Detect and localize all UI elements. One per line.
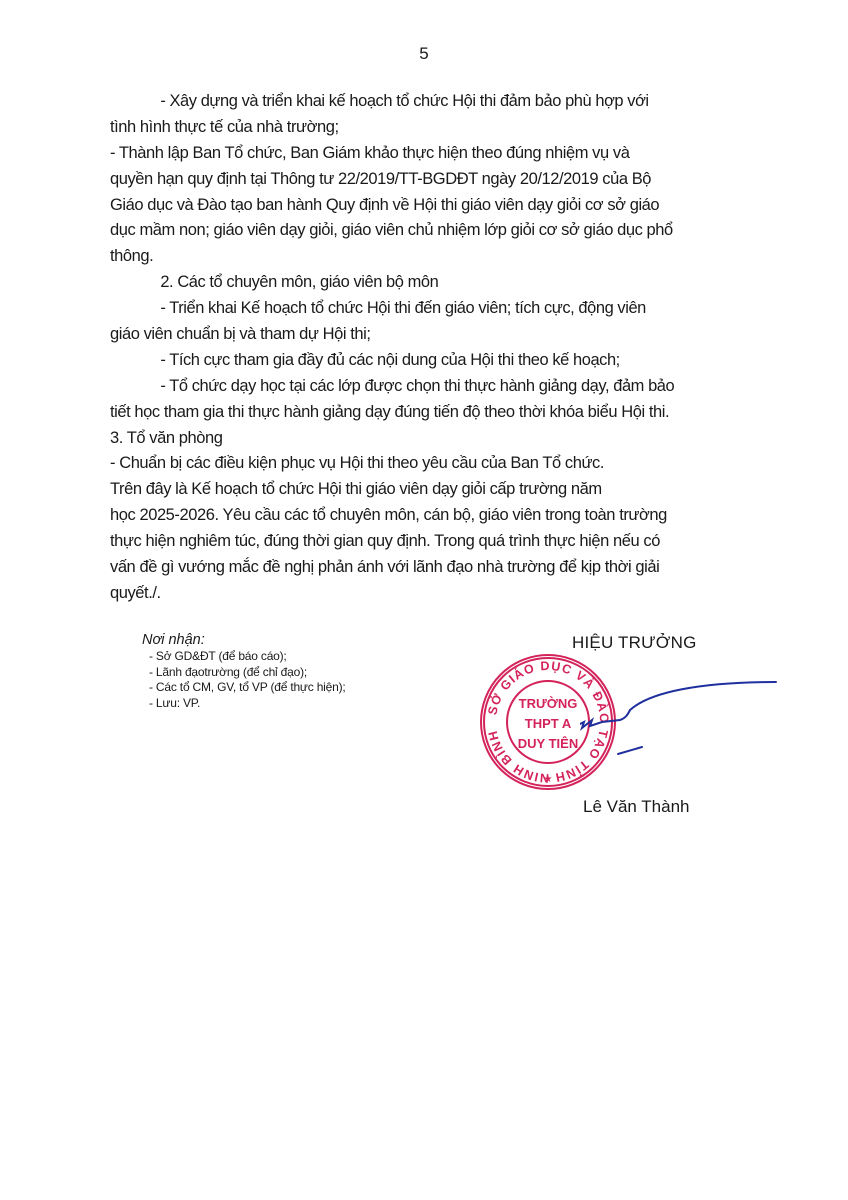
text-line: - Tổ chức dạy học tại các lớp được chọn … [110, 373, 819, 399]
text-line: 3. Tổ văn phòng [110, 425, 770, 451]
recipients-title: Nơi nhận: [142, 632, 346, 649]
recipient-item: - Sở GD&ĐT (để báo cáo); [142, 649, 346, 665]
text-line: thực hiện nghiêm túc, đúng thời gian quy… [110, 528, 770, 554]
text-line: - Tích cực tham gia đầy đủ các nội dung … [110, 347, 819, 373]
stamp-center-line: THPT A [525, 716, 572, 731]
text-line: quyền hạn quy định tại Thông tư 22/2019/… [110, 166, 770, 192]
text-line: tiết học tham gia thi thực hành giảng dạ… [110, 399, 770, 425]
stamp-center-line: TRƯỜNG [519, 696, 578, 711]
text-line: học 2025-2026. Yêu cầu các tổ chuyên môn… [110, 502, 770, 528]
text-line: vấn đề gì vướng mắc đề nghị phản ánh với… [110, 554, 770, 580]
text-line: quyết./. [110, 580, 770, 606]
text-line: - Thành lập Ban Tổ chức, Ban Giám khảo t… [110, 140, 770, 166]
text-line: tình hình thực tế của nhà trường; [110, 114, 770, 140]
signer-title: HIỆU TRƯỞNG [572, 633, 697, 653]
text-line: 2. Các tổ chuyên môn, giáo viên bộ môn [110, 269, 819, 295]
text-line: dục mầm non; giáo viên dạy giỏi, giáo vi… [110, 217, 770, 243]
text-line: - Chuẩn bị các điều kiện phục vụ Hội thi… [110, 450, 770, 476]
document-body: - Xây dựng và triển khai kế hoạch tổ chứ… [110, 88, 790, 606]
text-line: Giáo dục và Đào tạo ban hành Quy định về… [110, 192, 770, 218]
recipient-item: - Lưu: VP. [142, 696, 346, 712]
handwritten-signature [580, 670, 790, 770]
text-line: giáo viên chuẩn bị và tham dự Hội thi; [110, 321, 770, 347]
text-line: - Triển khai Kế hoạch tổ chức Hội thi đế… [110, 295, 819, 321]
recipient-item: - Lãnh đạotrường (để chỉ đạo); [142, 665, 346, 681]
page-number: 5 [0, 44, 848, 64]
stamp-center-line: DUY TIÊN [518, 736, 578, 751]
recipient-item: - Các tổ CM, GV, tổ VP (để thực hiện); [142, 680, 346, 696]
text-line: - Xây dựng và triển khai kế hoạch tổ chứ… [110, 88, 819, 114]
signer-name: Lê Văn Thành [583, 797, 690, 817]
text-line: thông. [110, 243, 770, 269]
recipients-block: Nơi nhận: - Sở GD&ĐT (để báo cáo); - Lãn… [142, 632, 346, 711]
text-line: Trên đây là Kế hoạch tổ chức Hội thi giá… [110, 476, 770, 502]
stamp-star-icon: ★ [544, 774, 553, 785]
